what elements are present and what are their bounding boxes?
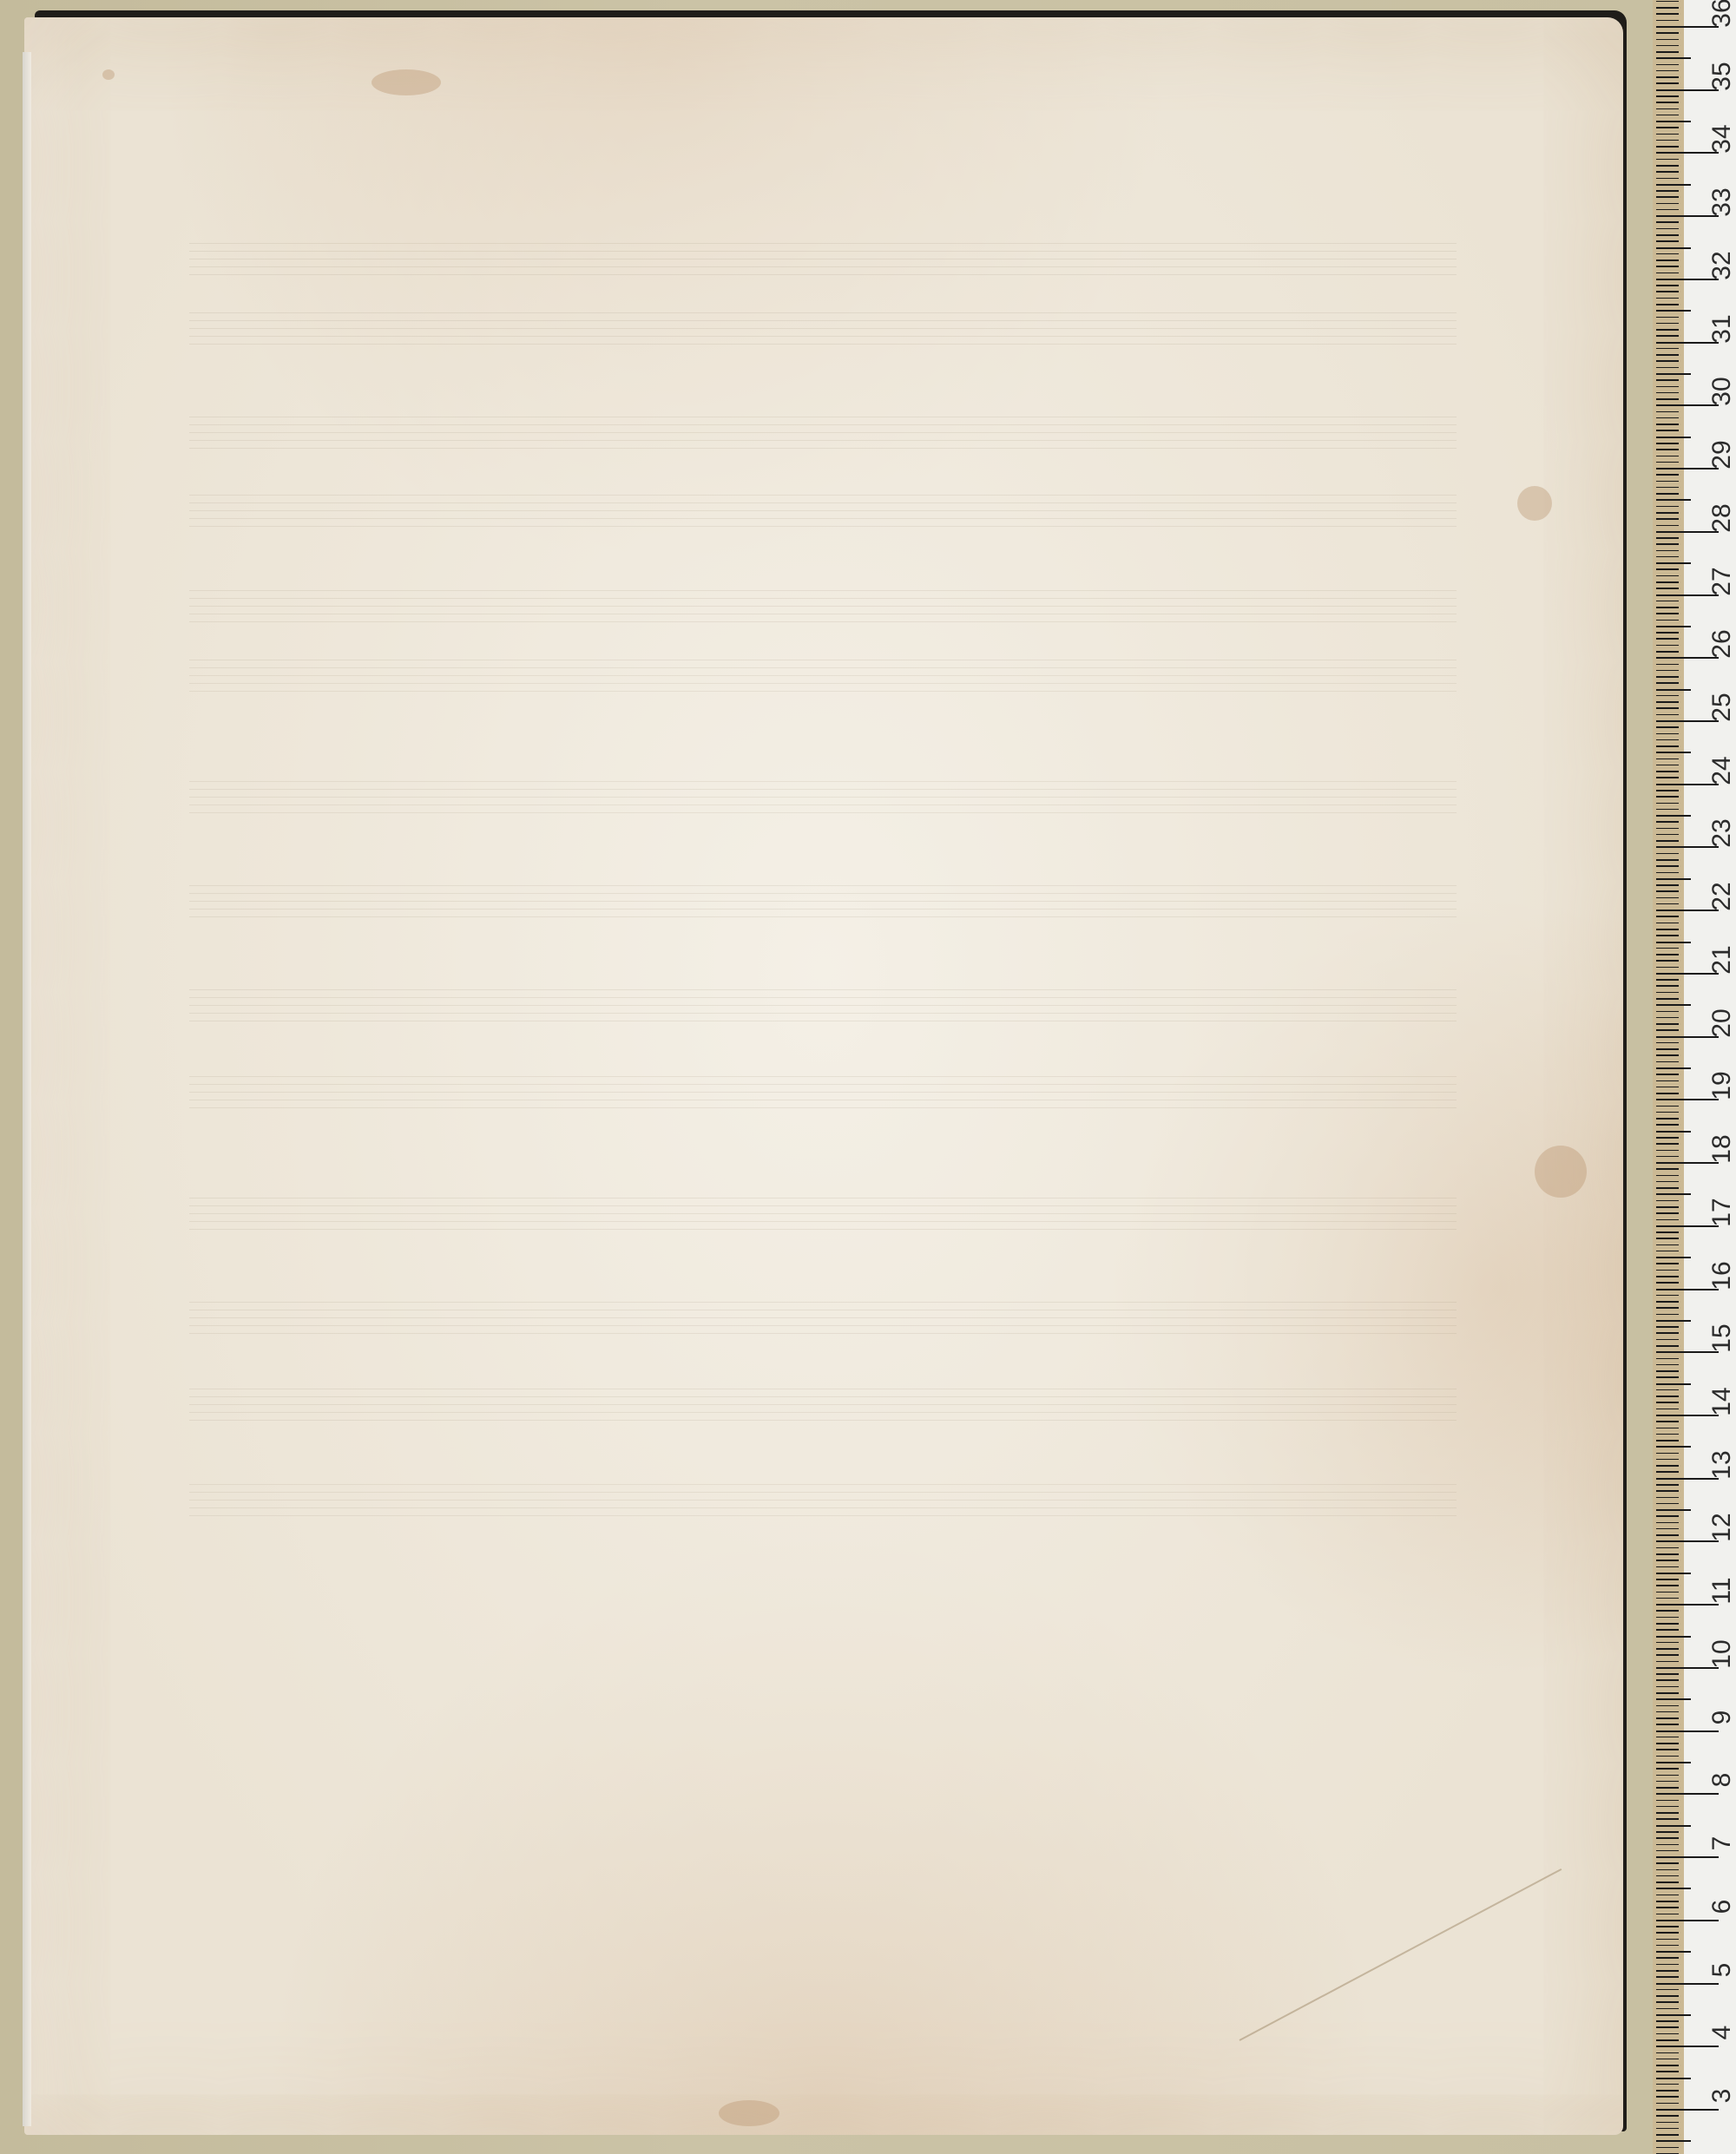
ruler-tick (1656, 115, 1679, 116)
ruler-tick (1656, 437, 1691, 438)
ruler-tick (1656, 285, 1679, 286)
ruler-tick (1656, 1743, 1679, 1744)
ruler-label: 5 (1709, 1953, 1735, 1987)
ruler-tick (1656, 95, 1679, 97)
ruler-tick (1656, 1389, 1679, 1391)
ruler-tick (1656, 1270, 1679, 1271)
ruler-tick (1656, 1301, 1679, 1303)
ruler-tick (1656, 821, 1679, 823)
ruler-tick (1656, 379, 1679, 381)
ruler-tick (1656, 190, 1679, 192)
ruler-tick (1656, 247, 1691, 249)
ruler-tick (1656, 1054, 1679, 1056)
ruler-tick (1656, 2147, 1679, 2149)
ruler-label: 34 (1709, 121, 1735, 156)
ruler-tick (1656, 1598, 1679, 1599)
ruler-tick (1656, 228, 1679, 230)
ruler-tick (1656, 1553, 1679, 1555)
ruler-tick (1656, 2084, 1679, 2085)
ruler-tick (1656, 903, 1679, 905)
ruler-tick (1656, 196, 1679, 198)
ruler-tick (1656, 1844, 1679, 1846)
ruler-tick (1656, 1396, 1679, 1397)
ruler-tick (1656, 1112, 1679, 1113)
ruler-tick (1656, 1219, 1679, 1221)
ruler-tick (1656, 1945, 1679, 1947)
ruler-tick (1656, 1484, 1679, 1486)
ruler-tick (1656, 443, 1679, 444)
ruler-tick (1656, 481, 1679, 483)
ruler-tick (1656, 2052, 1679, 2054)
ruler-tick (1656, 840, 1679, 842)
ruler-tick (1656, 1428, 1679, 1429)
ruler-label: 17 (1709, 1195, 1735, 1230)
ruler-tick (1656, 1547, 1679, 1549)
ruler-tick (1656, 1837, 1679, 1839)
ruler-tick (1656, 948, 1679, 949)
ruler-tick (1656, 1238, 1679, 1239)
ruler-tick (1656, 140, 1679, 141)
ruler-tick (1656, 1775, 1679, 1776)
ruler-tick (1656, 929, 1679, 930)
ruler-tick (1656, 518, 1679, 520)
ruler-tick (1656, 1434, 1679, 1435)
ruler-label: 14 (1709, 1384, 1735, 1419)
ruler-label: 7 (1709, 1826, 1735, 1861)
ruler-tick (1656, 777, 1679, 778)
ruler-label: 19 (1709, 1068, 1735, 1103)
ruler-label: 9 (1709, 1700, 1735, 1735)
ruler-tick (1656, 1698, 1691, 1700)
ruler-tick (1656, 954, 1679, 956)
ruler-label: 30 (1709, 374, 1735, 409)
ruler-tick (1656, 645, 1679, 647)
ruler-tick (1656, 1679, 1679, 1681)
ruler-tick (1656, 1806, 1679, 1808)
ruler-tick (1656, 1964, 1679, 1966)
ruler-tick (1656, 1307, 1679, 1309)
ruler-tick (1656, 1263, 1679, 1264)
ruler-tick (1656, 32, 1679, 34)
ruler-tick (1656, 575, 1679, 577)
ruler-tick (1656, 1756, 1679, 1757)
ruler-tick (1656, 1800, 1679, 1802)
ruler-tick (1656, 1566, 1679, 1568)
ruler-tick (1656, 607, 1679, 608)
ruler-tick (1656, 2115, 1679, 2117)
ruler-label: 28 (1709, 501, 1735, 535)
document-page (24, 17, 1623, 2135)
ruler-tick (1656, 1875, 1679, 1877)
ruler-tick (1656, 1376, 1679, 1378)
ruler-tick (1656, 739, 1679, 741)
ruler-tick (1656, 1061, 1679, 1063)
ruler-tick (1656, 620, 1679, 621)
binding-edge (23, 52, 31, 2126)
ruler-tick (1656, 506, 1679, 508)
ruler-tick (1656, 1459, 1679, 1461)
ruler-tick (1656, 1831, 1679, 1833)
ruler-tick (1656, 1560, 1679, 1561)
ruler-tick (1656, 745, 1679, 747)
ruler-tick (1656, 1074, 1679, 1075)
ruler-tick (1656, 1939, 1679, 1941)
ruler-tick (1656, 2026, 1679, 2028)
ruler-tick (1656, 2103, 1679, 2105)
ruler-tick (1656, 2014, 1691, 2016)
ruler-tick (1656, 2078, 1691, 2079)
ruler-tick (1656, 1011, 1679, 1013)
ruler-tick (1656, 2140, 1691, 2142)
ruler-tick (1656, 670, 1679, 672)
ruler-tick (1656, 525, 1679, 527)
ruler-label: 4 (1709, 2015, 1735, 2050)
ruler-tick (1656, 512, 1679, 514)
ruler-tick (1656, 664, 1679, 666)
ruler-tick (1656, 1251, 1679, 1252)
ruler-tick (1656, 1762, 1691, 1763)
ruler-tick (1656, 1345, 1679, 1347)
ruler-tick (1656, 695, 1679, 697)
ruler-label: 29 (1709, 437, 1735, 472)
ruler-label: 36 (1709, 0, 1735, 30)
ruler-tick (1656, 556, 1679, 558)
ruler-tick (1656, 1332, 1679, 1334)
ruler-tick (1656, 1282, 1679, 1284)
ruler-tick (1656, 1648, 1679, 1650)
ruler-tick (1656, 1004, 1691, 1006)
ruler-tick (1656, 992, 1679, 994)
ruler-tick (1656, 146, 1679, 148)
ruler-tick (1656, 1749, 1679, 1750)
ruler-tick (1656, 707, 1679, 709)
corner-fold-crease (1240, 1868, 1562, 2041)
ruler-tick (1656, 923, 1679, 924)
ruler-tick (1656, 1067, 1691, 1069)
ruler-tick (1656, 2001, 1679, 2003)
ruler-tick (1656, 1610, 1679, 1612)
ruler-tick (1656, 1617, 1679, 1619)
ruler-tick (1656, 1358, 1679, 1360)
ruler-tick (1656, 1118, 1679, 1120)
ruler-tick (1656, 1320, 1691, 1322)
ruler-tick (1656, 493, 1679, 495)
ruler-tick (1656, 253, 1679, 255)
ruler-label: 21 (1709, 942, 1735, 977)
ruler-label: 24 (1709, 753, 1735, 788)
ruler-tick (1656, 2090, 1679, 2092)
ruler-label: 31 (1709, 312, 1735, 346)
foxing-spot (372, 69, 441, 95)
ruler-tick (1656, 1724, 1679, 1725)
ruler-tick (1656, 1636, 1691, 1638)
foxing-spot (102, 69, 115, 80)
ruler-tick (1656, 424, 1679, 425)
ruler-tick (1656, 1503, 1679, 1505)
ruler-tick (1656, 1692, 1679, 1694)
ruler-label: 6 (1709, 1889, 1735, 1924)
ruler-tick (1656, 51, 1679, 53)
ruler-tick (1656, 203, 1679, 205)
ruler-tick (1656, 1175, 1679, 1177)
ruler-tick (1656, 859, 1679, 861)
ruler-tick (1656, 234, 1679, 236)
ruler-tick (1656, 1673, 1679, 1675)
ruler-tick (1656, 985, 1679, 987)
ruler-tick (1656, 1364, 1679, 1366)
ruler-tick (1656, 1528, 1679, 1530)
ruler-tick (1656, 7, 1679, 9)
ruler-tick (1656, 550, 1679, 552)
ruler-tick (1656, 1850, 1679, 1852)
ruler-tick (1656, 273, 1679, 274)
ruler-tick (1656, 1787, 1679, 1789)
ruler-tick (1656, 1914, 1679, 1915)
ruler-tick (1656, 1573, 1691, 1574)
ruler-tick (1656, 1932, 1679, 1934)
ruler-tick (1656, 39, 1679, 41)
ruler-tick (1656, 1818, 1679, 1820)
ruler-tick (1656, 335, 1679, 337)
ruler-tick (1656, 1326, 1679, 1328)
ruler-tick (1656, 1465, 1679, 1467)
ruler-tick (1656, 317, 1679, 319)
ruler-tick (1656, 76, 1679, 78)
ruler-tick (1656, 367, 1679, 369)
ruler-tick (1656, 1654, 1679, 1656)
ruler-tick (1656, 1705, 1679, 1707)
ruler-tick (1656, 449, 1679, 450)
ruler-tick (1656, 499, 1691, 501)
ruler-tick (1656, 108, 1679, 110)
ruler-tick (1656, 474, 1679, 476)
ruler-label: 15 (1709, 1321, 1735, 1356)
ruler-tick (1656, 1023, 1679, 1025)
ruler-tick (1656, 1181, 1679, 1183)
measuring-ruler: 3456789101112131415161718192021222324252… (1653, 0, 1736, 2154)
ruler-tick (1656, 1907, 1679, 1908)
ruler-label: 23 (1709, 816, 1735, 850)
ruler-tick (1656, 752, 1691, 753)
ruler-tick (1656, 626, 1691, 627)
ruler-tick (1656, 386, 1679, 388)
ruler-tick (1656, 1686, 1679, 1688)
ruler-tick (1656, 1895, 1679, 1896)
ruler-tick (1656, 178, 1679, 180)
ruler-label: 12 (1709, 1510, 1735, 1545)
ruler-tick (1656, 1711, 1679, 1713)
ruler-tick (1656, 1187, 1679, 1189)
ruler-tick (1656, 487, 1679, 489)
ruler-tick (1656, 815, 1691, 817)
ruler-tick (1656, 127, 1679, 128)
ruler-tick (1656, 1409, 1679, 1410)
ruler-tick (1656, 411, 1679, 413)
ruler-tick (1656, 1453, 1679, 1455)
ruler-tick (1656, 121, 1691, 122)
ruler-label: 16 (1709, 1258, 1735, 1293)
ruler-tick (1656, 1440, 1679, 1441)
ruler-tick (1656, 291, 1679, 292)
ruler-tick (1656, 967, 1679, 969)
foxing-spot (719, 2100, 779, 2126)
ruler-label: 33 (1709, 185, 1735, 220)
ruler-tick (1656, 878, 1691, 880)
ruler-tick (1656, 1768, 1679, 1770)
ruler-tick (1656, 360, 1679, 362)
ruler-tick (1656, 884, 1679, 886)
ruler-tick (1656, 1490, 1679, 1492)
ruler-tick (1656, 64, 1679, 66)
ruler-tick (1656, 1781, 1679, 1783)
ruler-tick (1656, 1629, 1679, 1631)
ruler-tick (1656, 890, 1679, 892)
ruler-tick (1656, 1901, 1679, 1902)
foxing-spot (1517, 486, 1552, 521)
ruler-tick (1656, 1212, 1679, 1214)
ruler-tick (1656, 102, 1679, 103)
ruler-tick (1656, 1522, 1679, 1524)
ruler-tick (1656, 865, 1679, 867)
ruler-tick (1656, 1717, 1679, 1719)
ruler-tick (1656, 13, 1679, 15)
ruler-tick (1656, 935, 1679, 936)
ruler-tick (1656, 1314, 1679, 1316)
ruler-tick (1656, 1, 1679, 3)
ruler-tick (1656, 1257, 1691, 1258)
ruler-tick (1656, 456, 1679, 457)
ruler-label: 10 (1709, 1637, 1735, 1671)
ruler-tick (1656, 726, 1679, 728)
ruler-tick (1656, 1150, 1679, 1152)
ruler-tick (1656, 796, 1679, 798)
ruler-tick (1656, 266, 1679, 267)
ruler-tick (1656, 1881, 1679, 1883)
ruler-tick (1656, 979, 1679, 981)
foxing-spot (1535, 1146, 1587, 1198)
ruler-tick (1656, 651, 1679, 653)
ruler-tick (1656, 209, 1679, 211)
ruler-tick (1656, 392, 1679, 394)
ruler-tick (1656, 2071, 1679, 2072)
ruler-tick (1656, 1276, 1679, 1277)
ruler-tick (1656, 689, 1691, 691)
ruler-tick (1656, 568, 1679, 570)
ruler-tick (1656, 682, 1679, 684)
ruler-label: 22 (1709, 879, 1735, 914)
ruler-tick (1656, 240, 1679, 242)
ruler-tick (1656, 613, 1679, 614)
ruler-tick (1656, 998, 1679, 1000)
ruler-tick (1656, 1585, 1679, 1586)
ruler-tick (1656, 373, 1691, 375)
ruler-tick (1656, 1471, 1679, 1473)
ruler-tick (1656, 1295, 1679, 1297)
ruler-tick (1656, 304, 1679, 305)
ruler-tick (1656, 1957, 1679, 1959)
ruler-tick (1656, 1976, 1679, 1978)
ruler-tick (1656, 329, 1679, 331)
ruler-tick (1656, 1143, 1679, 1145)
ruler-tick (1656, 2134, 1679, 2136)
ruler-tick (1656, 1231, 1679, 1233)
ruler-tick (1656, 1862, 1679, 1864)
ruler-tick (1656, 581, 1679, 583)
ruler-tick (1656, 1168, 1679, 1170)
ruler-tick (1656, 2065, 1679, 2066)
ruler-tick (1656, 1042, 1679, 1044)
ruler-label: 32 (1709, 248, 1735, 283)
ruler-tick (1656, 2033, 1679, 2035)
ruler-tick (1656, 676, 1679, 678)
ruler-tick (1656, 834, 1679, 836)
ruler-tick (1656, 632, 1679, 634)
ruler-tick (1656, 2020, 1679, 2022)
ruler-tick (1656, 1106, 1679, 1107)
ruler-tick (1656, 2096, 1679, 2098)
ruler-label: 3 (1709, 2078, 1735, 2113)
ruler-tick (1656, 1048, 1679, 1050)
ruler-tick (1656, 1509, 1691, 1511)
ruler-tick (1656, 1193, 1691, 1195)
ruler-tick (1656, 1623, 1679, 1625)
ruler-tick (1656, 1421, 1679, 1422)
ruler-tick (1656, 354, 1679, 356)
ruler-tick (1656, 1592, 1679, 1593)
ruler-tick (1656, 82, 1679, 84)
ruler-label: 25 (1709, 690, 1735, 725)
ruler-tick (1656, 57, 1691, 59)
ruler-tick (1656, 259, 1679, 261)
ruler-tick (1656, 588, 1679, 589)
ruler-tick (1656, 1446, 1691, 1448)
ruler-tick (1656, 1087, 1679, 1088)
ruler-tick (1656, 20, 1679, 22)
ruler-tick (1656, 828, 1679, 830)
ruler-tick (1656, 45, 1679, 47)
ruler-tick (1656, 1661, 1679, 1663)
ruler-tick (1656, 803, 1679, 804)
ruler-tick (1656, 1951, 1691, 1953)
ruler-tick (1656, 809, 1679, 811)
ruler-tick (1656, 1497, 1679, 1499)
ruler-tick (1656, 165, 1679, 167)
ruler-tick (1656, 897, 1679, 899)
ruler-tick (1656, 543, 1679, 545)
ruler-tick (1656, 2122, 1679, 2124)
ruler-tick (1656, 872, 1679, 874)
ruler-tick (1656, 70, 1679, 72)
ruler-tick (1656, 2008, 1679, 2010)
ruler-tick (1656, 1995, 1679, 1997)
ruler-tick (1656, 1869, 1679, 1871)
ruler-tick (1656, 601, 1679, 602)
ruler-tick (1656, 2039, 1679, 2041)
ruler-tick (1656, 1383, 1691, 1385)
ruler-tick (1656, 1137, 1679, 1139)
ruler-tick (1656, 758, 1679, 760)
ruler-tick (1656, 1534, 1679, 1536)
ruler-tick (1656, 1080, 1679, 1082)
ruler-tick (1656, 771, 1679, 772)
ruler-tick (1656, 1017, 1679, 1019)
ruler-tick (1656, 765, 1679, 766)
ruler-tick (1656, 1737, 1679, 1738)
ruler-label: 18 (1709, 1132, 1735, 1166)
ruler-label: 20 (1709, 1006, 1735, 1041)
ruler-tick (1656, 1029, 1679, 1031)
ruler-tick (1656, 2059, 1679, 2060)
